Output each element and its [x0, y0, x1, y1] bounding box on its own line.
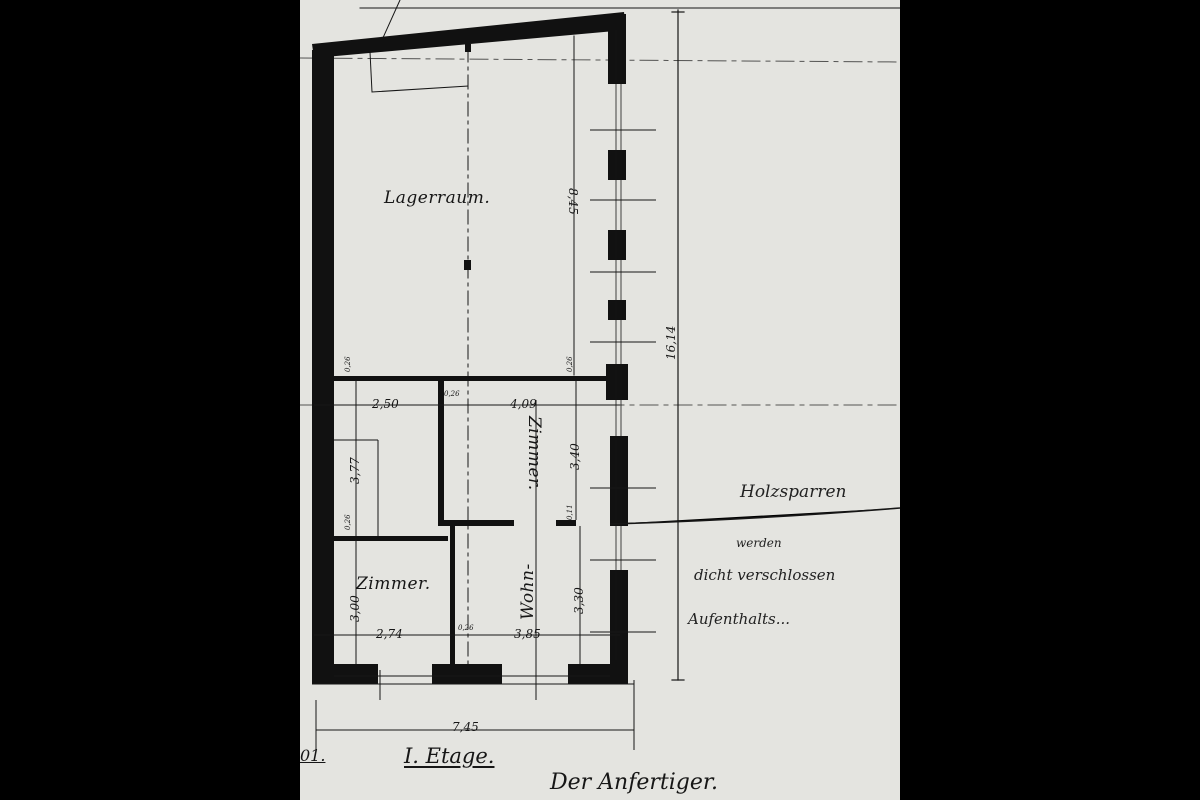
signature-line: Der Anfertiger. — [550, 770, 718, 795]
pillarbox-right — [900, 0, 1200, 800]
wall-mark: 0,26 — [566, 356, 574, 372]
dim-lower-right-width: 3,85 — [514, 627, 541, 641]
wall-mark: 0,26 — [444, 390, 460, 398]
dim-total-width: 7,45 — [452, 720, 479, 734]
dim-upper-right-depth: 3,40 — [568, 443, 582, 470]
wall-mark: 0,26 — [344, 356, 352, 372]
handwritten-note-line-1: Holzsparren — [740, 482, 846, 502]
dim-upper-left-depth: 3,77 — [348, 457, 362, 484]
handwritten-note-line-3: dicht verschlossen — [694, 566, 835, 584]
room-label-storage: Lagerraum. — [384, 188, 490, 208]
handwritten-note-line-2: werden — [736, 536, 782, 550]
dim-lower-left-depth: 3,00 — [348, 595, 362, 622]
wall-mark: 0,11 — [566, 504, 574, 520]
floor-plan-sheet: Lagerraum. Zimmer. Zimmer. Wohn- 8,45 16… — [300, 0, 900, 800]
room-label-living: Wohn- — [518, 563, 538, 620]
wall-mark: 0,26 — [458, 624, 474, 632]
dim-total-depth: 16,14 — [664, 326, 678, 360]
wall-mark: 0,26 — [344, 514, 352, 530]
dim-storage-depth: 8,45 — [566, 188, 580, 215]
sheet-number-fragment: 01. — [300, 746, 325, 765]
dim-upper-right-width: 4,09 — [510, 397, 537, 411]
dim-lower-right-depth: 3,30 — [572, 587, 586, 614]
dim-lower-left-width: 2,74 — [376, 627, 403, 641]
handwritten-note-line-4: Aufenthalts... — [688, 610, 790, 628]
floor-title: I. Etage. — [404, 744, 494, 768]
room-label-upper-right: Zimmer. — [524, 416, 544, 491]
dim-upper-left-width: 2,50 — [372, 397, 399, 411]
pillarbox-left — [0, 0, 300, 800]
room-label-lower-left: Zimmer. — [356, 574, 431, 594]
